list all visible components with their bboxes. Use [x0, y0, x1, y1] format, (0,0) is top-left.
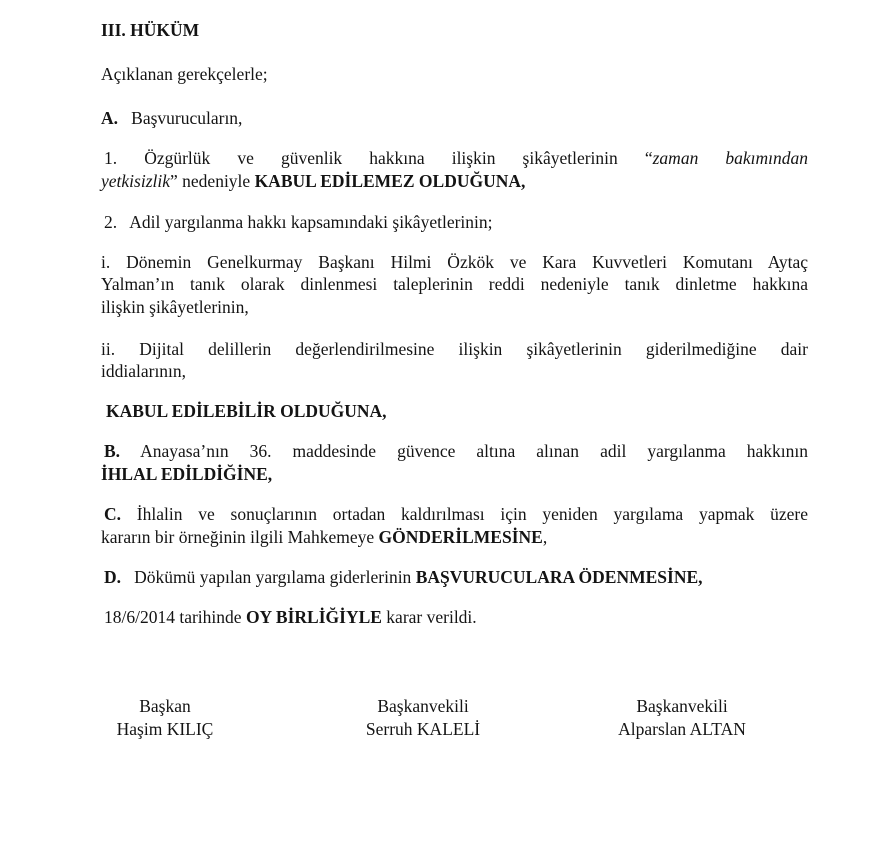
section-c-line-1: C. İhlalin ve sonuçlarının ortadan kaldı… — [101, 503, 808, 525]
signature-name: Alparslan ALTAN — [582, 718, 782, 741]
section-b-line-1: B. Anayasa’nın 36. maddesinde güvence al… — [101, 440, 808, 462]
item-1-line-1: 1. Özgürlük ve güvenlik hakkına ilişkin … — [101, 147, 808, 169]
sub-ii-line-1: ii. Dijital delillerin değerlendirilmesi… — [101, 338, 808, 360]
admissible-conclusion: KABUL EDİLEBİLİR OLDUĞUNA, — [106, 400, 813, 422]
sub-ii-line-2: iddialarının, — [101, 360, 808, 382]
decision-line: 18/6/2014 tarihinde OY BİRLİĞİYLE karar … — [101, 606, 811, 628]
intro-text: Açıklanan gerekçelerle; — [101, 63, 808, 85]
section-a-label: A. — [101, 108, 118, 128]
document-page: III. HÜKÜM Açıklanan gerekçelerle; A. Ba… — [0, 0, 880, 854]
signature-name: Haşim KILIÇ — [65, 718, 265, 741]
signature-title: Başkanvekili — [582, 695, 782, 718]
sub-i-line-3: ilişkin şikâyetlerinin, — [101, 296, 808, 318]
signature-title: Başkan — [65, 695, 265, 718]
item-1-line-2: yetkisizlik” nedeniyle KABUL EDİLEMEZ OL… — [101, 170, 808, 192]
section-a: A. Başvurucuların, — [101, 107, 808, 129]
sub-i-line-1: i. Dönemin Genelkurmay Başkanı Hilmi Özk… — [101, 251, 808, 273]
section-b-line-2: İHLAL EDİLDİĞİNE, — [101, 463, 808, 485]
signature-title: Başkanvekili — [323, 695, 523, 718]
section-d: D. Dökümü yapılan yargılama giderlerinin… — [101, 566, 811, 588]
signature-vice-president-2: Başkanvekili Alparslan ALTAN — [582, 695, 782, 741]
signature-president: Başkan Haşim KILIÇ — [65, 695, 265, 741]
signature-name: Serruh KALELİ — [323, 718, 523, 741]
signature-vice-president-1: Başkanvekili Serruh KALELİ — [323, 695, 523, 741]
section-heading: III. HÜKÜM — [101, 19, 808, 41]
section-a-text: Başvurucuların, — [131, 108, 242, 128]
sub-i-line-2: Yalman’ın tanık olarak dinlenmesi talepl… — [101, 273, 808, 295]
item-2: 2. Adil yargılanma hakkı kapsamındaki şi… — [101, 211, 811, 233]
section-c-line-2: kararın bir örneğinin ilgili Mahkemeye G… — [101, 526, 808, 548]
